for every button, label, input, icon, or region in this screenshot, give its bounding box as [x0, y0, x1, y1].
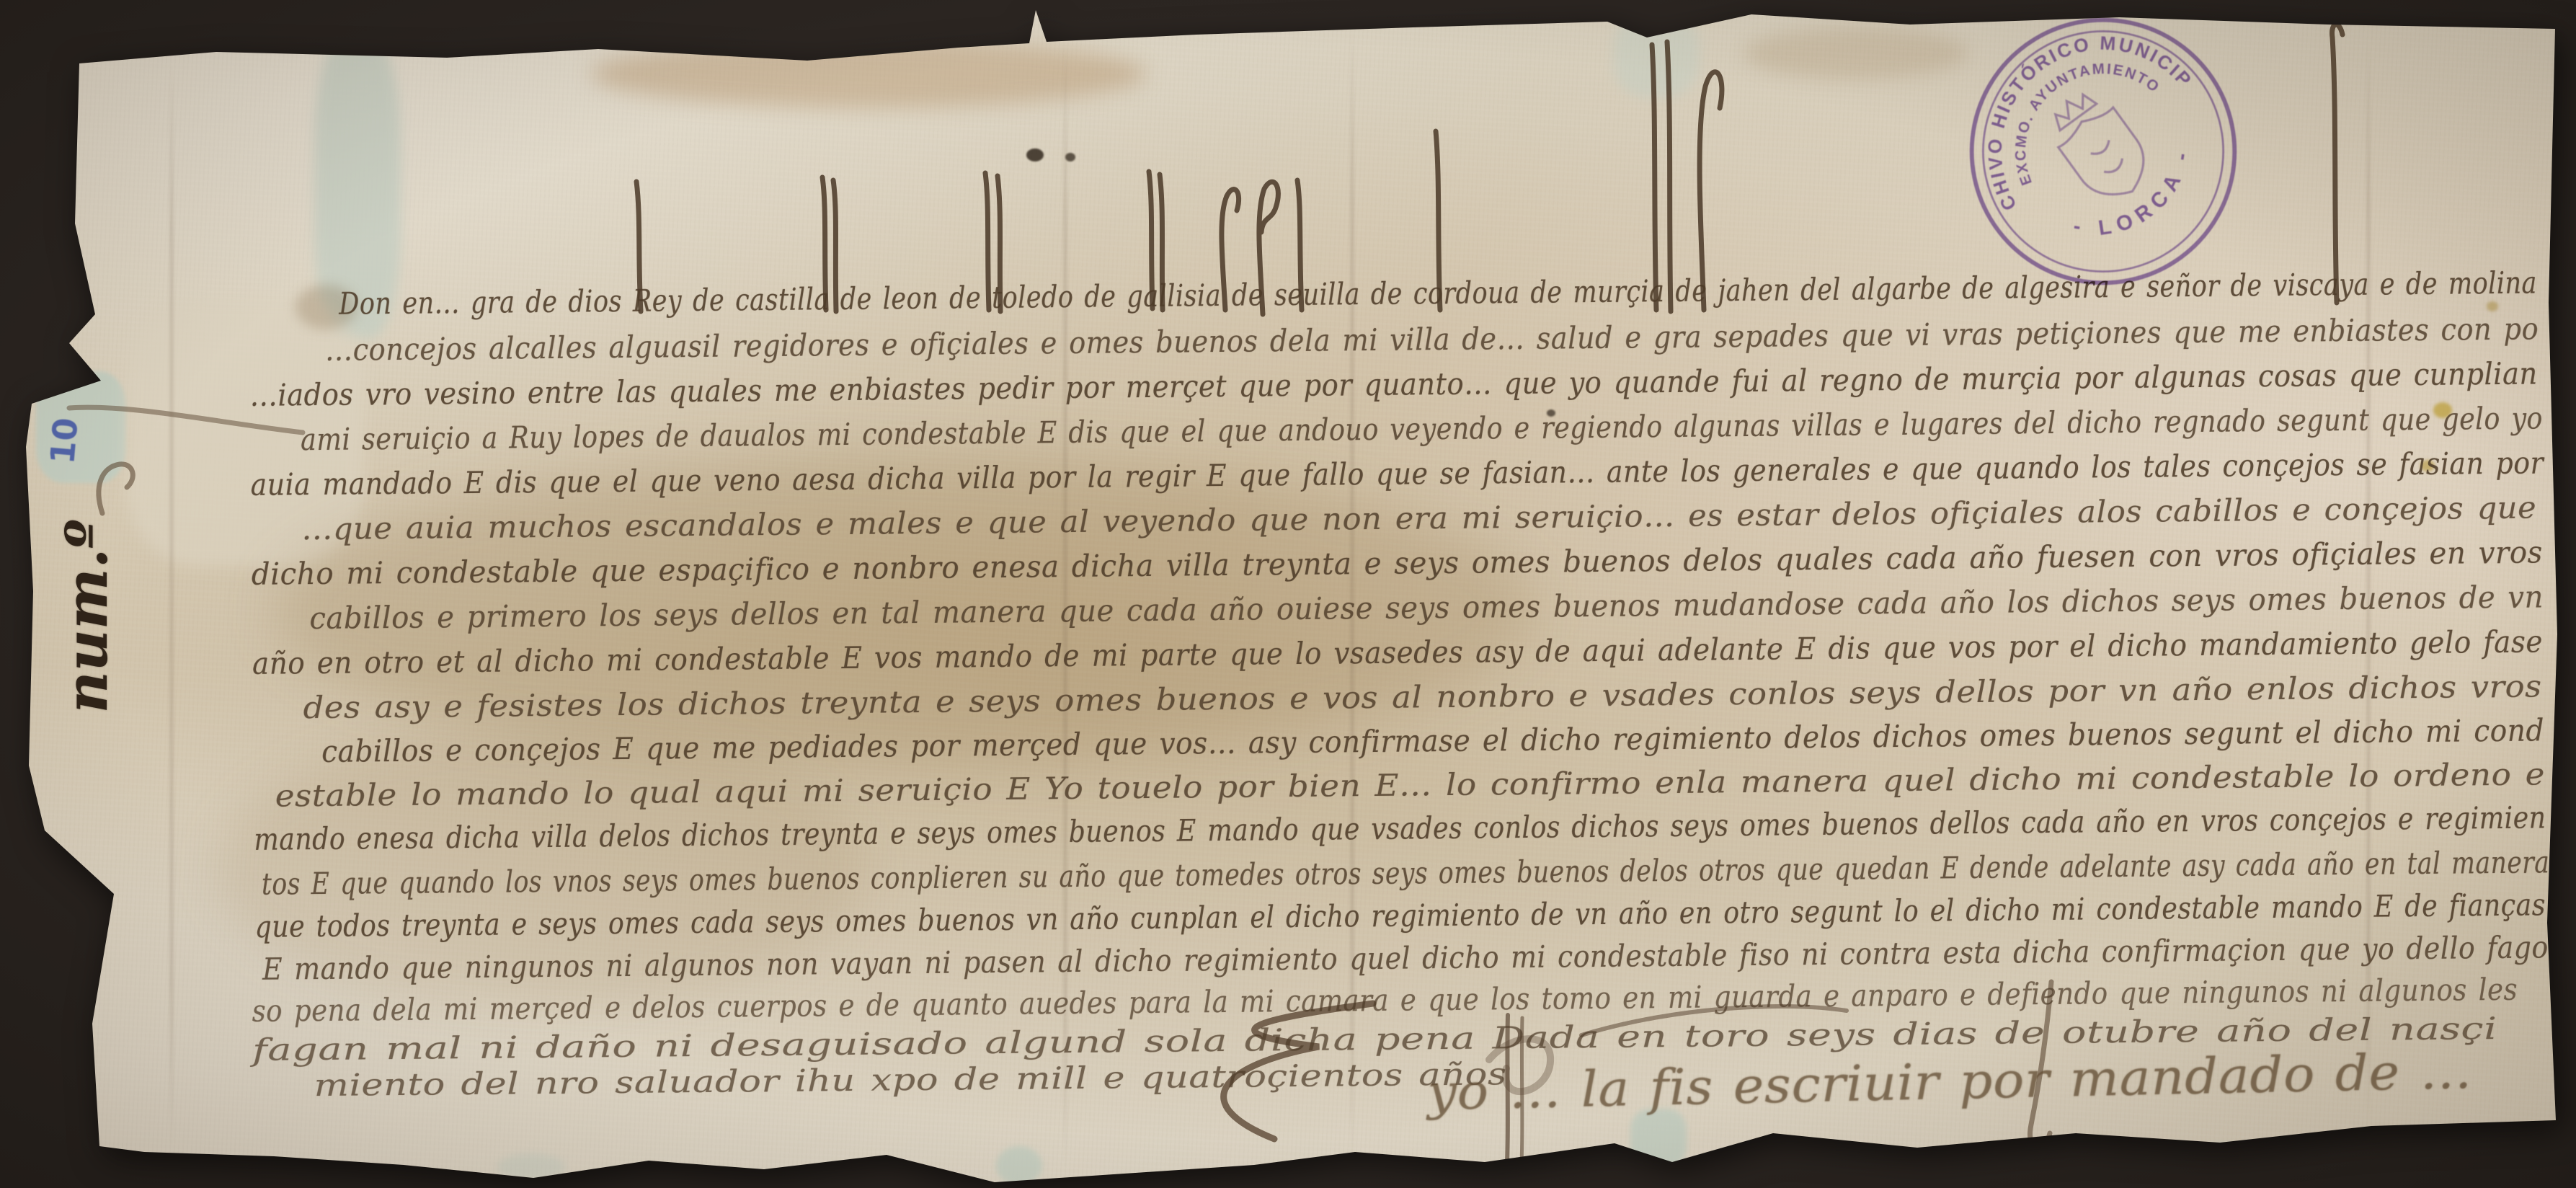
archive-number-label: num.º: [53, 494, 132, 739]
stamp-crest-icon: [2039, 81, 2159, 212]
parchment-wrapper: Don en… gra de dios Rey de castilla de l…: [0, 0, 2576, 1188]
backing-paper-patch: [2191, 1143, 2252, 1178]
manuscript-line-text: Don en… gra de dios Rey de castilla de l…: [339, 265, 2537, 321]
parchment-document: Don en… gra de dios Rey de castilla de l…: [0, 0, 2576, 1188]
document-photo: Don en… gra de dios Rey de castilla de l…: [0, 0, 2576, 1188]
archive-number-value: 10: [42, 404, 94, 477]
